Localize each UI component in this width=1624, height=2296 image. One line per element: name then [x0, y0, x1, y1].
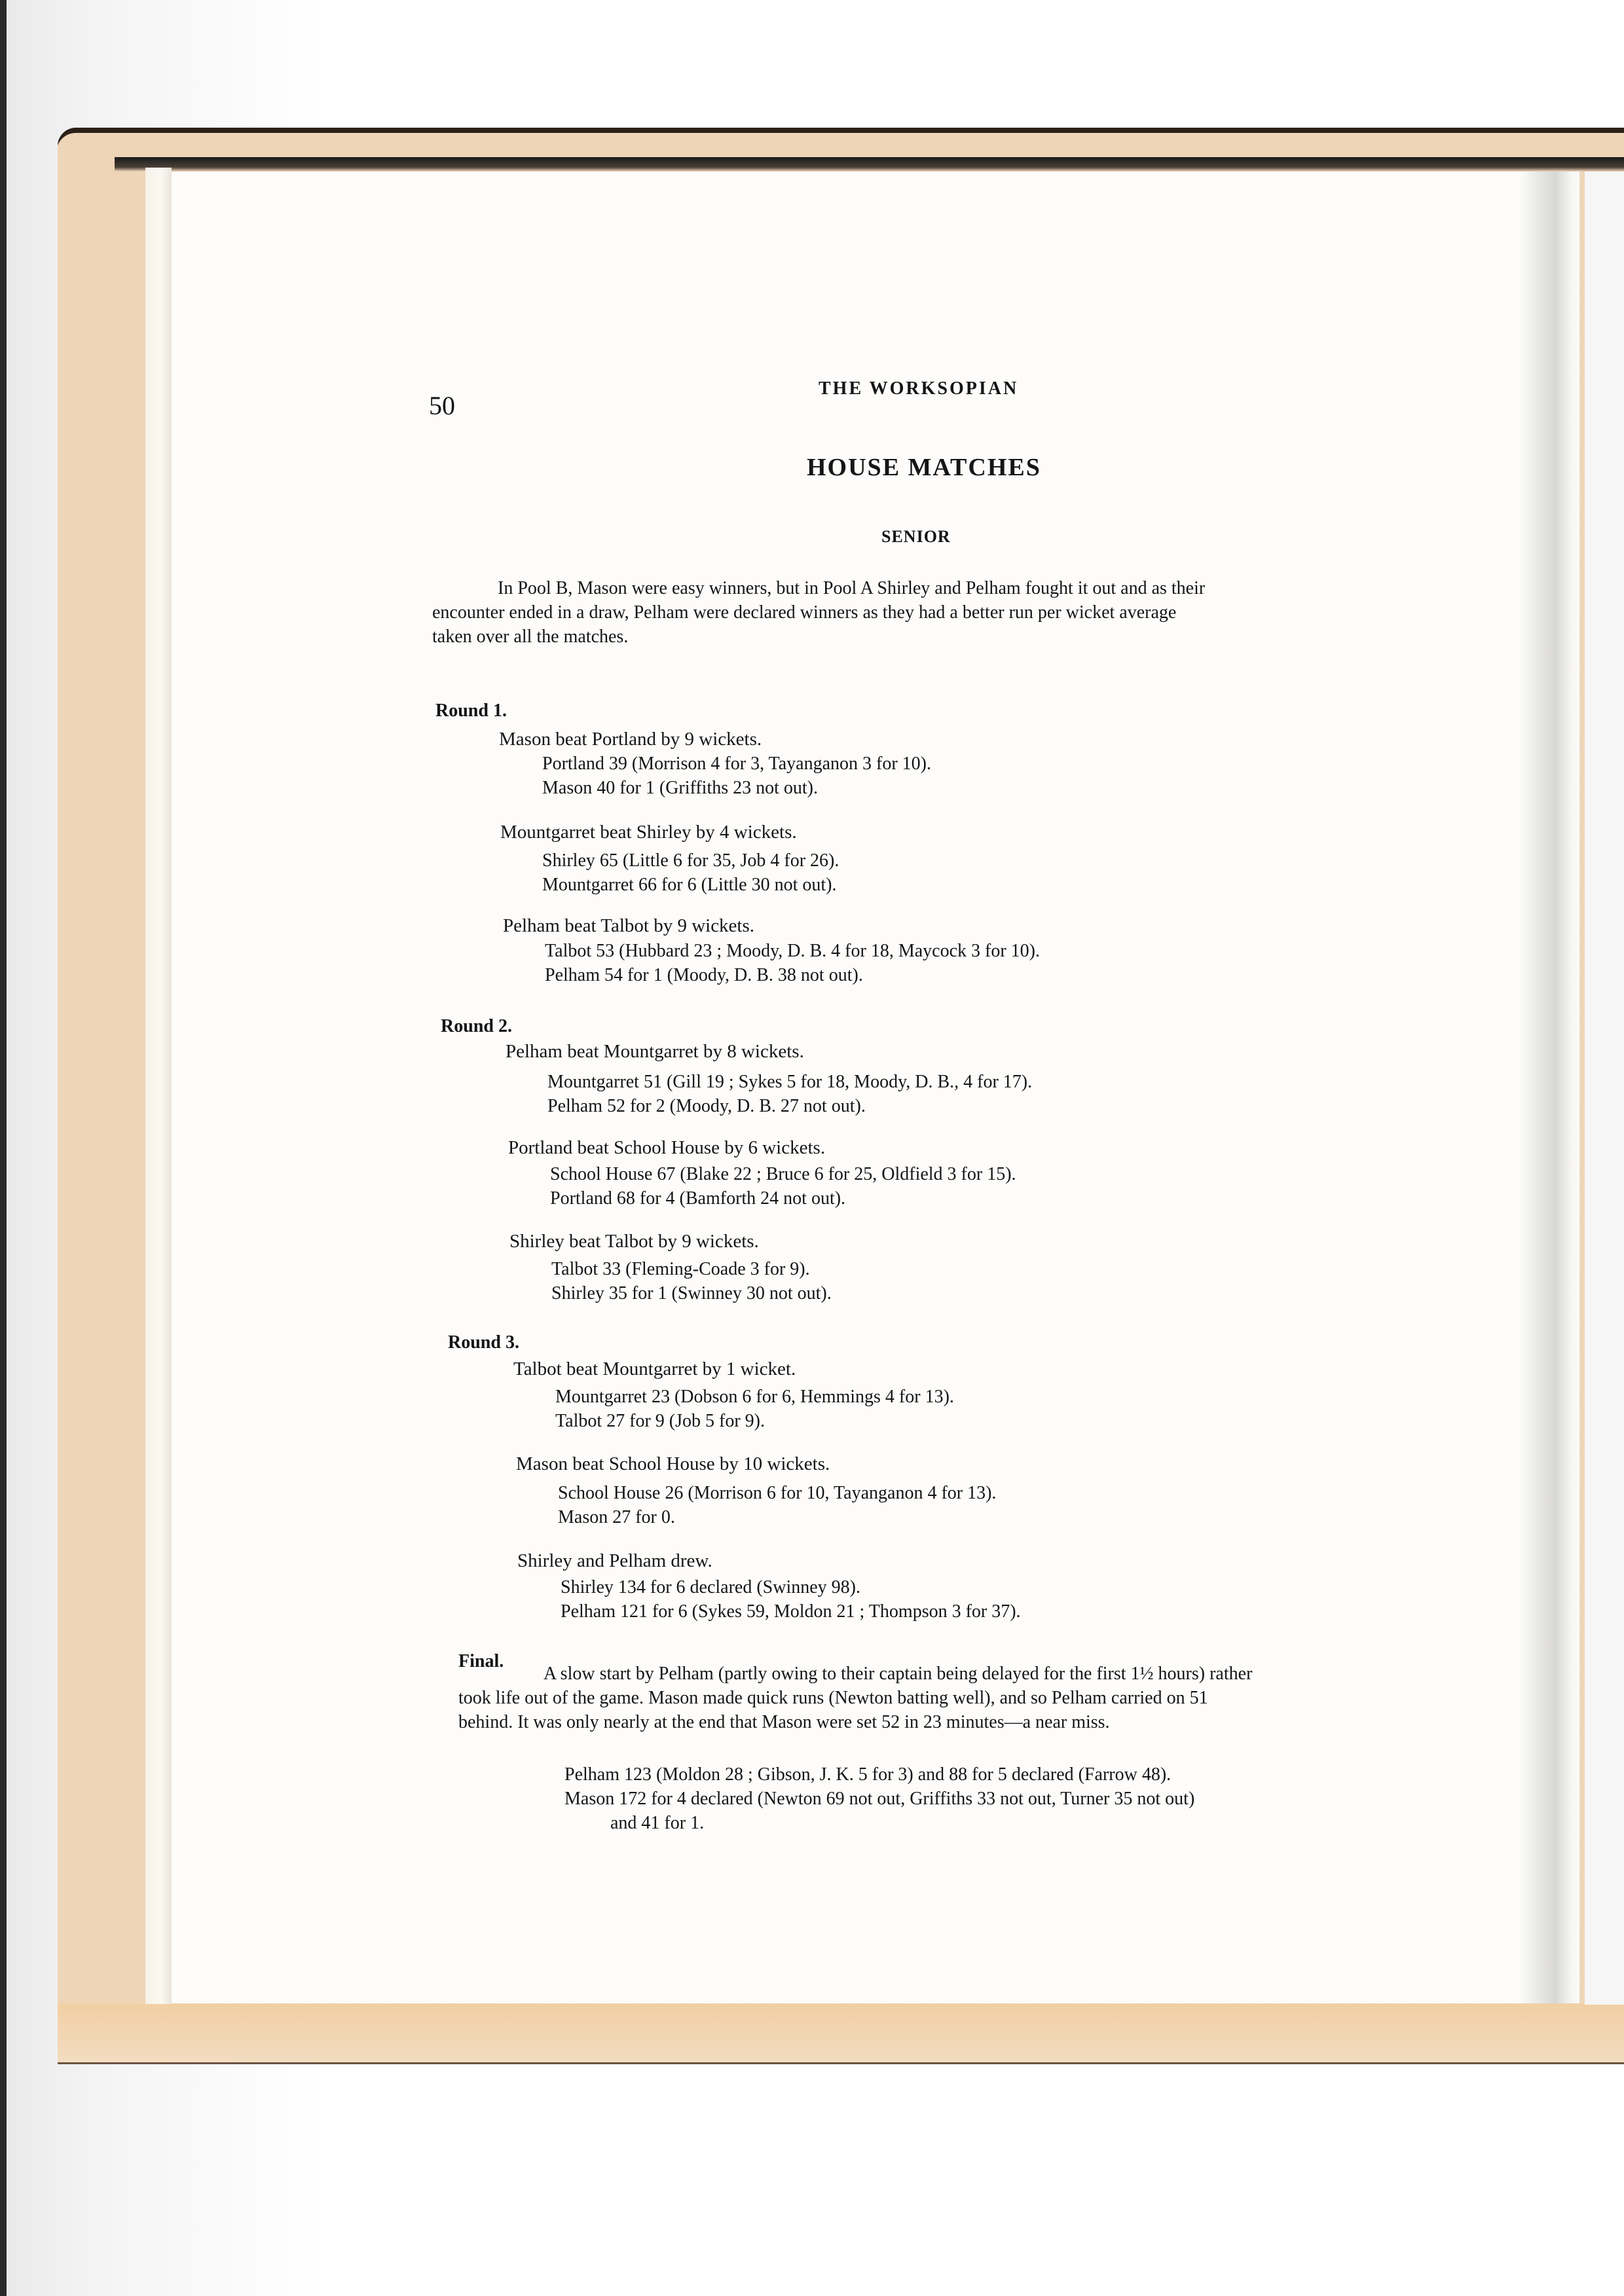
score-line: Talbot 27 for 9 (Job 5 for 9).: [555, 1409, 954, 1433]
score-line: Shirley 35 for 1 (Swinney 30 not out).: [551, 1281, 832, 1305]
match-scores: Talbot 53 (Hubbard 23 ; Moody, D. B. 4 f…: [545, 939, 1040, 987]
match-result: Pelham beat Mountgarret by 8 wickets.: [506, 1041, 804, 1063]
match-result: Talbot beat Mountgarret by 1 wicket.: [513, 1358, 796, 1380]
score-line: School House 67 (Blake 22 ; Bruce 6 for …: [550, 1162, 1016, 1186]
intro-line: In Pool B, Mason were easy winners, but …: [432, 576, 1205, 600]
score-line: Mountgarret 66 for 6 (Little 30 not out)…: [542, 873, 839, 897]
final-scores: Pelham 123 (Moldon 28 ; Gibson, J. K. 5 …: [564, 1762, 1194, 1835]
match-result: Portland beat School House by 6 wickets.: [508, 1137, 825, 1159]
round-heading: Round 3.: [448, 1332, 519, 1353]
match-result: Mountgarret beat Shirley by 4 wickets.: [500, 822, 797, 843]
round-heading: Round 2.: [441, 1016, 512, 1037]
match-scores: Talbot 33 (Fleming-Coade 3 for 9). Shirl…: [551, 1257, 832, 1305]
match-result: Mason beat School House by 10 wickets.: [516, 1453, 830, 1475]
intro-line: encounter ended in a draw, Pelham were d…: [432, 600, 1205, 625]
match-result: Pelham beat Talbot by 9 wickets.: [503, 915, 754, 937]
intro-line: taken over all the matches.: [432, 625, 1205, 649]
score-line: Portland 39 (Morrison 4 for 3, Tayangano…: [542, 752, 931, 776]
match-scores: School House 67 (Blake 22 ; Bruce 6 for …: [550, 1162, 1016, 1211]
match-scores: Shirley 65 (Little 6 for 35, Job 4 for 2…: [542, 848, 839, 897]
score-line: Shirley 65 (Little 6 for 35, Job 4 for 2…: [542, 848, 839, 873]
score-line: Talbot 53 (Hubbard 23 ; Moody, D. B. 4 f…: [545, 939, 1040, 963]
gutter-shadow: [1519, 172, 1585, 2003]
running-head: THE WORKSOPIAN: [819, 378, 1018, 399]
score-line: Shirley 134 for 6 declared (Swinney 98).: [561, 1575, 1021, 1599]
score-line: Mountgarret 51 (Gill 19 ; Sykes 5 for 18…: [547, 1070, 1032, 1094]
match-scores: Shirley 134 for 6 declared (Swinney 98).…: [561, 1575, 1021, 1624]
final-report: A slow start by Pelham (partly owing to …: [458, 1662, 1252, 1734]
score-line: Talbot 33 (Fleming-Coade 3 for 9).: [551, 1257, 832, 1281]
score-line: Mason 40 for 1 (Griffiths 23 not out).: [542, 776, 931, 800]
intro-paragraph: In Pool B, Mason were easy winners, but …: [432, 576, 1205, 649]
match-result: Shirley and Pelham drew.: [517, 1550, 712, 1572]
score-line: Pelham 54 for 1 (Moody, D. B. 38 not out…: [545, 963, 1040, 987]
scanner-edge: [0, 0, 7, 2296]
page-edges: [145, 168, 172, 2004]
page-number: 50: [429, 390, 455, 421]
score-line: Mason 27 for 0.: [558, 1505, 996, 1529]
score-line: Pelham 52 for 2 (Moody, D. B. 27 not out…: [547, 1094, 1032, 1118]
match-scores: School House 26 (Morrison 6 for 10, Taya…: [558, 1481, 996, 1529]
score-line: Mountgarret 23 (Dobson 6 for 6, Hemmings…: [555, 1385, 954, 1409]
section-heading: SENIOR: [881, 527, 951, 547]
score-line: Portland 68 for 4 (Bamforth 24 not out).: [550, 1186, 1016, 1211]
round-heading: Round 1.: [435, 701, 507, 721]
match-result: Mason beat Portland by 9 wickets.: [499, 729, 762, 750]
report-line: A slow start by Pelham (partly owing to …: [458, 1662, 1252, 1686]
match-scores: Portland 39 (Morrison 4 for 3, Tayangano…: [542, 752, 931, 800]
score-line: Pelham 123 (Moldon 28 ; Gibson, J. K. 5 …: [564, 1762, 1194, 1787]
score-line: Pelham 121 for 6 (Sykes 59, Moldon 21 ; …: [561, 1599, 1021, 1624]
score-line: and 41 for 1.: [564, 1811, 1194, 1835]
score-line: School House 26 (Morrison 6 for 10, Taya…: [558, 1481, 996, 1505]
article-title: HOUSE MATCHES: [807, 453, 1041, 482]
book-cover-bottom: [58, 2003, 1624, 2064]
match-scores: Mountgarret 23 (Dobson 6 for 6, Hemmings…: [555, 1385, 954, 1433]
cover-shadow: [115, 157, 1624, 172]
match-scores: Mountgarret 51 (Gill 19 ; Sykes 5 for 18…: [547, 1070, 1032, 1118]
facing-page-edge: [1585, 172, 1624, 2005]
report-line: behind. It was only nearly at the end th…: [458, 1710, 1252, 1734]
score-line: Mason 172 for 4 declared (Newton 69 not …: [564, 1787, 1194, 1811]
match-result: Shirley beat Talbot by 9 wickets.: [509, 1231, 759, 1252]
report-line: took life out of the game. Mason made qu…: [458, 1686, 1252, 1710]
